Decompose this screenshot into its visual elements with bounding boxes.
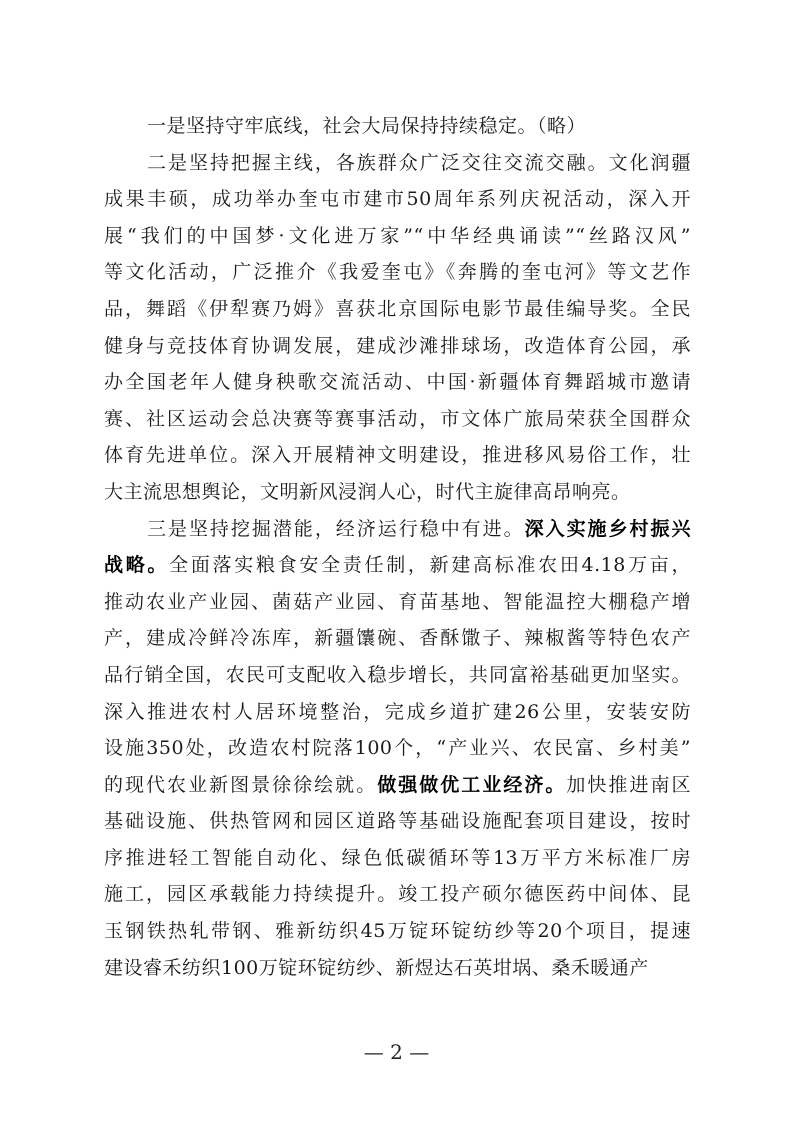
bold-heading-text: 战略。 xyxy=(104,554,169,576)
paragraph-p3: 三是坚持挖掘潜能，经济运行稳中有进。深入实施乡村振兴战略。全面落实粮食安全责任制… xyxy=(104,511,691,987)
text-line: 大主流思想舆论，文明新风浸润人心，时代主旋律高昂响亮。 xyxy=(104,474,691,511)
text-line: 等文化活动，广泛推介《我爱奎屯》《奔腾的奎屯河》等文艺作 xyxy=(104,254,691,291)
body-text-run: 二是坚持把握主线，各族群众广泛交往交流交融。文化润疆 xyxy=(147,152,691,174)
text-line: 体育先进单位。深入开展精神文明建设，推进移风易俗工作，壮 xyxy=(104,437,691,474)
body-text-run: 品行销全国，农民可支配收入稳步增长，共同富裕基础更加坚实。 xyxy=(104,664,691,686)
body-text-run: 办全国老年人健身秧歌交流活动、中国·新疆体育舞蹈城市邀请 xyxy=(104,371,691,393)
paragraph-p1: 一是坚持守牢底线，社会大局保持持续稳定。（略） xyxy=(104,108,691,145)
text-line: 三是坚持挖掘潜能，经济运行稳中有进。深入实施乡村振兴 xyxy=(104,511,691,548)
text-line: 二是坚持把握主线，各族群众广泛交往交流交融。文化润疆 xyxy=(104,145,691,182)
text-line: 推动农业产业园、菌菇产业园、育苗基地、智能温控大棚稳产增 xyxy=(104,584,691,621)
text-line: 施工，园区承载能力持续提升。竣工投产硕尔德医药中间体、昆 xyxy=(104,876,691,913)
text-line: 健身与竞技体育协调发展，建成沙滩排球场，改造体育公园，承 xyxy=(104,328,691,365)
text-line: 一是坚持守牢底线，社会大局保持持续稳定。（略） xyxy=(104,108,691,145)
body-text-run: 品，舞蹈《伊犁赛乃姆》喜获北京国际电影节最佳编导奖。全民 xyxy=(104,298,691,320)
body-text-run: 一是坚持守牢底线，社会大局保持持续稳定。（略） xyxy=(147,115,586,137)
body-text-run: 健身与竞技体育协调发展，建成沙滩排球场，改造体育公园，承 xyxy=(104,335,691,357)
body-text-run: 体育先进单位。深入开展精神文明建设，推进移风易俗工作，壮 xyxy=(104,444,691,466)
body-text-run: 设施350处，改造农村院落100个，“产业兴、农民富、乡村美” xyxy=(104,737,691,759)
text-line: 成果丰硕，成功举办奎屯市建市50周年系列庆祝活动，深入开 xyxy=(104,181,691,218)
text-line: 的现代农业新图景徐徐绘就。做强做优工业经济。加快推进南区 xyxy=(104,767,691,804)
text-line: 品行销全国，农民可支配收入稳步增长，共同富裕基础更加坚实。 xyxy=(104,657,691,694)
body-text-run: 推动农业产业园、菌菇产业园、育苗基地、智能温控大棚稳产增 xyxy=(104,591,691,613)
body-text-run: 全面落实粮食安全责任制，新建高标准农田4.18万亩， xyxy=(169,554,691,576)
body-text-run: 产，建成冷鲜冷冻库，新疆馕碗、香酥馓子、辣椒酱等特色农产 xyxy=(104,627,691,649)
body-text-run: 展“我们的中国梦·文化进万家”“中华经典诵读”“丝路汉风” xyxy=(104,225,691,247)
body-text-run: 成果丰硕，成功举办奎屯市建市50周年系列庆祝活动，深入开 xyxy=(104,188,691,210)
text-line: 展“我们的中国梦·文化进万家”“中华经典诵读”“丝路汉风” xyxy=(104,218,691,255)
body-text-run: 赛、社区运动会总决赛等赛事活动，市文体广旅局荣获全国群众 xyxy=(104,408,691,430)
body-text-run: 加快推进南区 xyxy=(566,774,691,796)
body-text-run: 施工，园区承载能力持续提升。竣工投产硕尔德医药中间体、昆 xyxy=(104,883,691,905)
body-text-run: 的现代农业新图景徐徐绘就。 xyxy=(104,774,377,796)
body-text-run: 三是坚持挖掘潜能，经济运行稳中有进。 xyxy=(147,518,525,540)
text-line: 深入推进农村人居环境整治，完成乡道扩建26公里，安装安防 xyxy=(104,694,691,731)
body-text-run: 等文化活动，广泛推介《我爱奎屯》《奔腾的奎屯河》等文艺作 xyxy=(104,261,691,283)
body-text-run: 深入推进农村人居环境整治，完成乡道扩建26公里，安装安防 xyxy=(104,701,691,723)
text-line: 建设睿禾纺织100万锭环锭纺纱、新煜达石英坩埚、桑禾暖通产 xyxy=(104,950,691,987)
text-line: 办全国老年人健身秧歌交流活动、中国·新疆体育舞蹈城市邀请 xyxy=(104,364,691,401)
text-line: 赛、社区运动会总决赛等赛事活动，市文体广旅局荣获全国群众 xyxy=(104,401,691,438)
body-text-run: 大主流思想舆论，文明新风浸润人心，时代主旋律高昂响亮。 xyxy=(104,481,631,503)
text-line: 序推进轻工智能自动化、绿色低碳循环等13万平方米标准厂房 xyxy=(104,840,691,877)
page-number: — 2 — xyxy=(0,1040,793,1064)
body-text: 一是坚持守牢底线，社会大局保持持续稳定。（略）二是坚持把握主线，各族群众广泛交往… xyxy=(104,108,691,986)
text-line: 产，建成冷鲜冷冻库，新疆馕碗、香酥馓子、辣椒酱等特色农产 xyxy=(104,620,691,657)
text-line: 玉钢铁热轧带钢、雅新纺织45万锭环锭纺纱等20个项目，提速 xyxy=(104,913,691,950)
text-line: 战略。全面落实粮食安全责任制，新建高标准农田4.18万亩， xyxy=(104,547,691,584)
paragraph-p2: 二是坚持把握主线，各族群众广泛交往交流交融。文化润疆成果丰硕，成功举办奎屯市建市… xyxy=(104,145,691,511)
body-text-run: 建设睿禾纺织100万锭环锭纺纱、新煜达石英坩埚、桑禾暖通产 xyxy=(104,957,649,979)
body-text-run: 玉钢铁热轧带钢、雅新纺织45万锭环锭纺纱等20个项目，提速 xyxy=(104,920,691,942)
body-text-run: 序推进轻工智能自动化、绿色低碳循环等13万平方米标准厂房 xyxy=(104,847,691,869)
body-text-run: 基础设施、供热管网和园区道路等基础设施配套项目建设，按时 xyxy=(104,810,691,832)
document-page: 一是坚持守牢底线，社会大局保持持续稳定。（略）二是坚持把握主线，各族群众广泛交往… xyxy=(0,0,793,1122)
text-line: 设施350处，改造农村院落100个，“产业兴、农民富、乡村美” xyxy=(104,730,691,767)
text-line: 基础设施、供热管网和园区道路等基础设施配套项目建设，按时 xyxy=(104,803,691,840)
bold-heading-text: 深入实施乡村振兴 xyxy=(525,518,691,540)
text-line: 品，舞蹈《伊犁赛乃姆》喜获北京国际电影节最佳编导奖。全民 xyxy=(104,291,691,328)
bold-heading-text: 做强做优工业经济。 xyxy=(377,774,566,796)
